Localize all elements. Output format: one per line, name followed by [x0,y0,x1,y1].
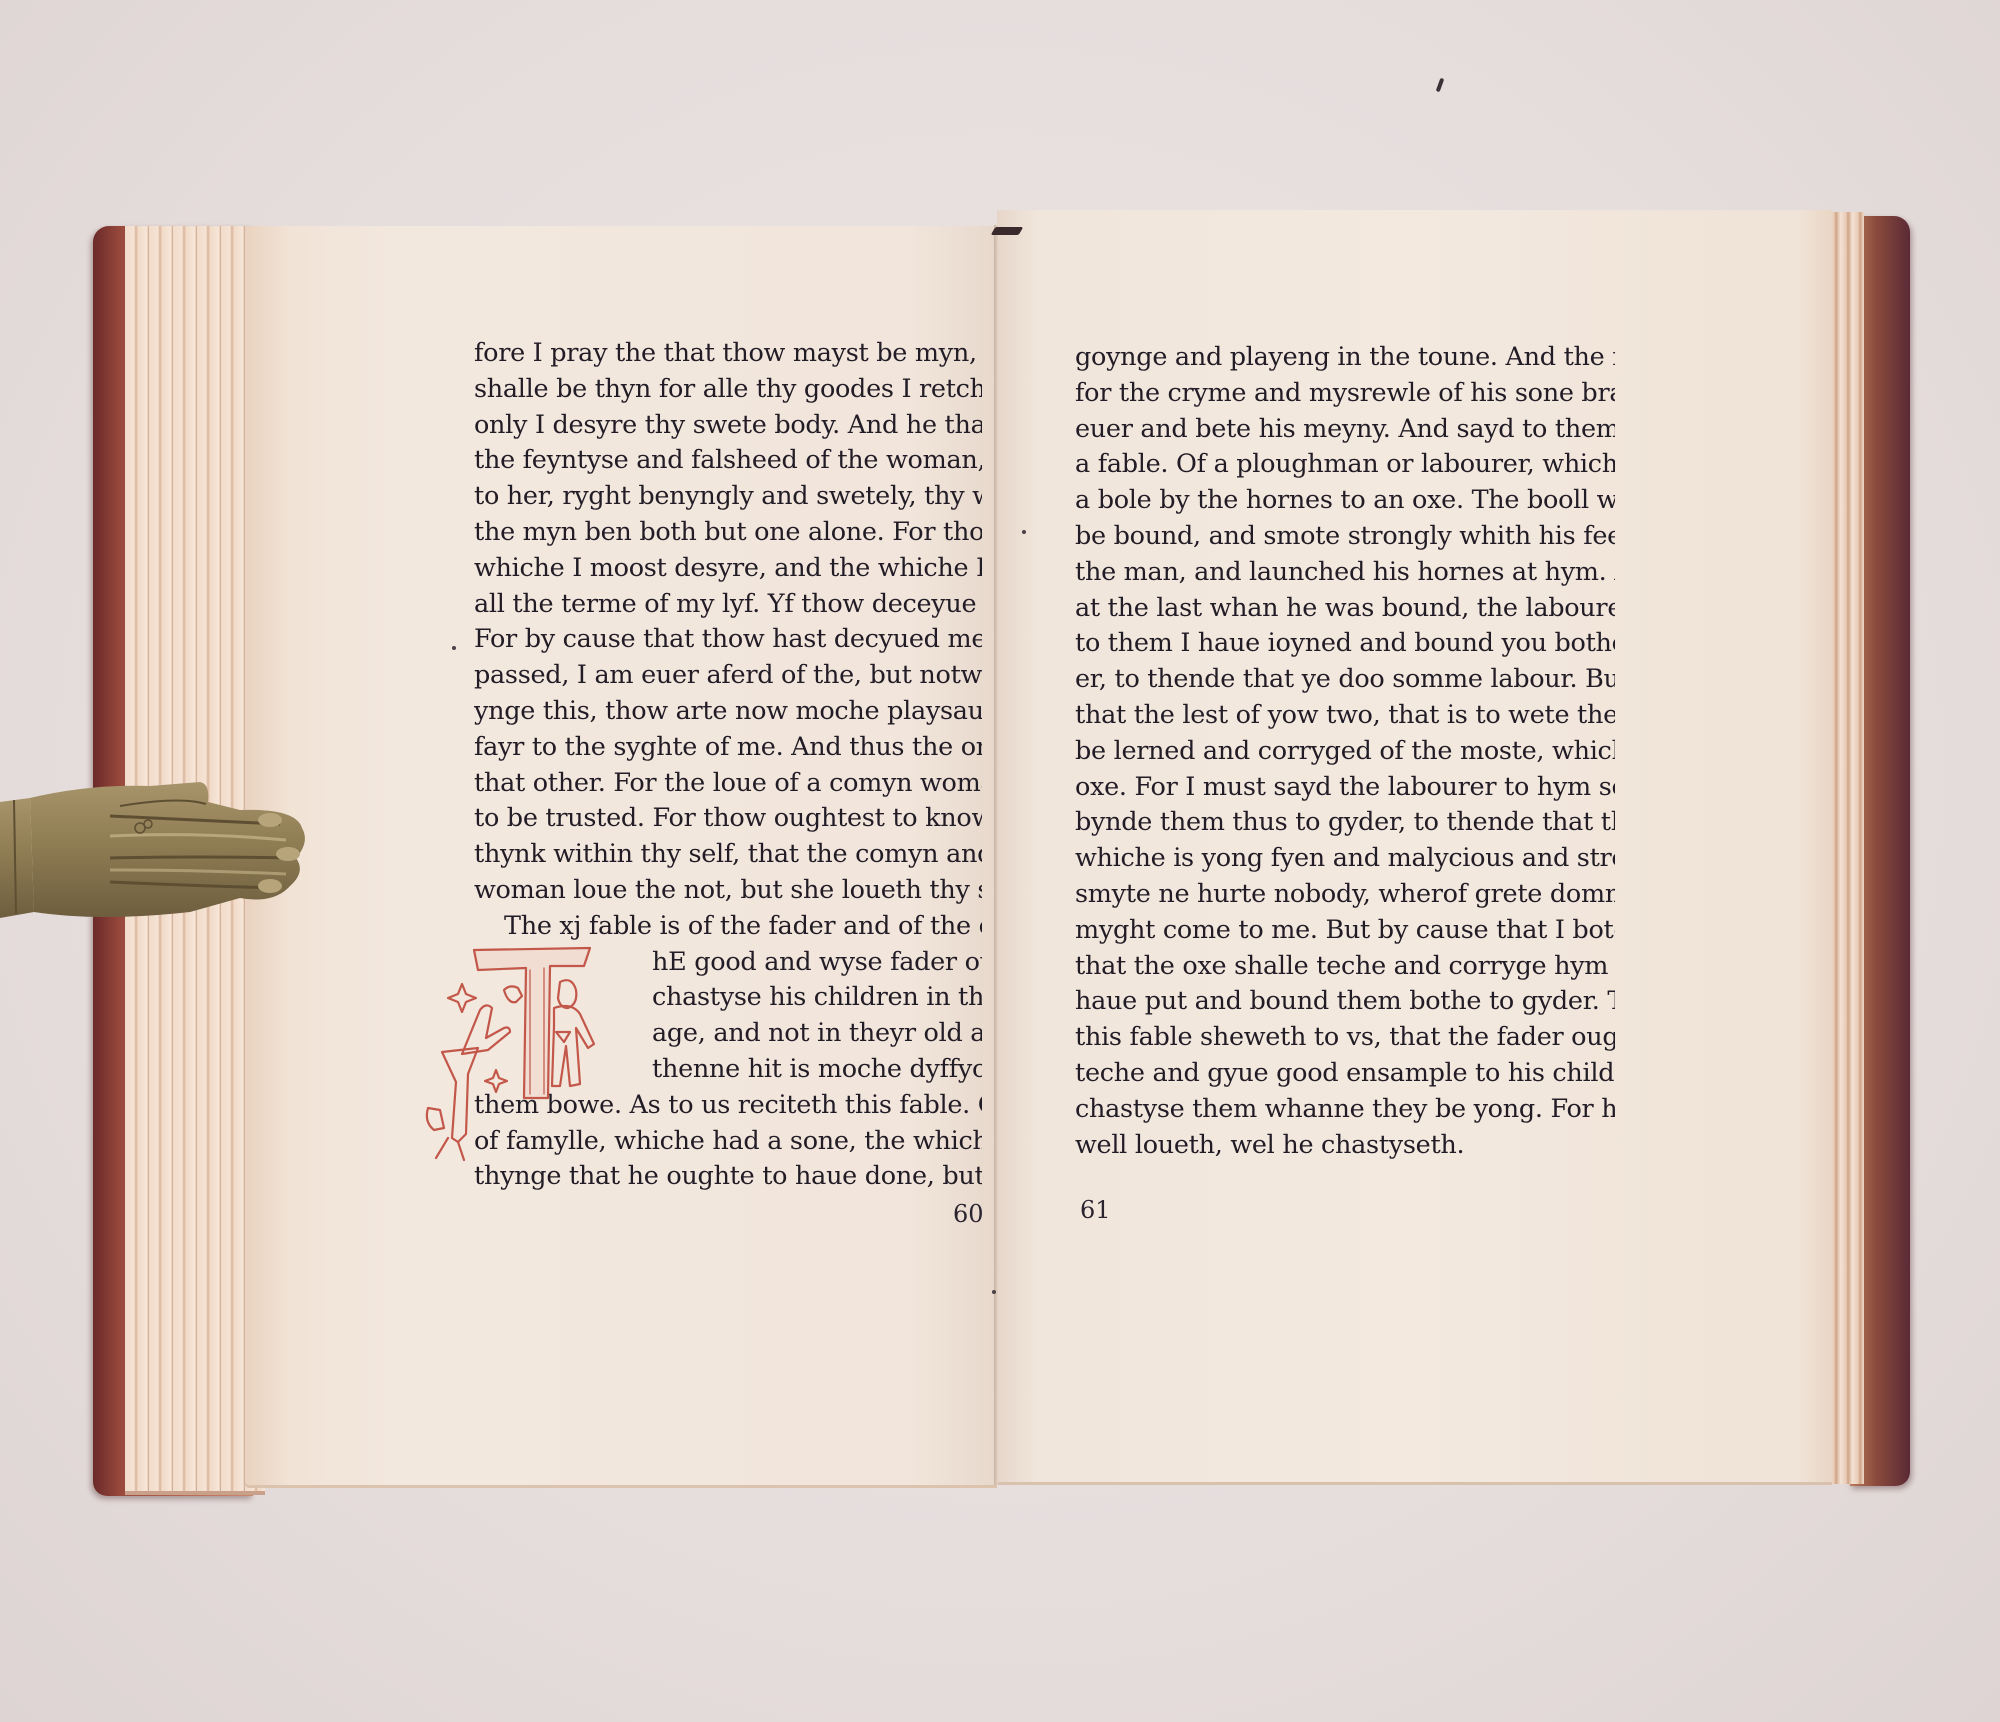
text-line: this fable sheweth to vs, that the fader… [1075,1020,1615,1056]
text-line: to be trusted. For thow oughtest to know… [474,801,982,837]
text-line: fayr to the syghte of me. And thus the o… [474,730,982,766]
text-line: to her, ryght benyngly and swetely, thy … [474,479,982,515]
text-line: be lerned and corryged of the moste, whi… [1075,734,1615,770]
gutter [994,225,998,1485]
text-line: smyte ne hurte nobody, wherof grete domm… [1075,877,1615,913]
text-line: at the last whan he was bound, the labou… [1075,591,1615,627]
speck [452,646,456,650]
text-line: the man, and launched his hornes at hym.… [1075,555,1615,591]
text-line: to them I haue ioyned and bound you both… [1075,626,1615,662]
text-line: the myn ben both but one alone. For thow… [474,515,982,551]
text-line: whiche I moost desyre, and the whiche I … [474,551,982,587]
text-line: a fable. Of a ploughman or labourer, whi… [1075,447,1615,483]
text-line: all the terme of my lyf. Yf thow deceyue… [474,587,982,623]
text-line: chastyse them whanne they be yong. For h… [1075,1092,1615,1128]
text-line: haue put and bound them bothe to gyder. … [1075,984,1615,1020]
page-number-right: 61 [1080,1196,1111,1224]
text-line: ynge this, thow arte now moche playsaunt… [474,694,982,730]
text-line: that the lest of yow two, that is to wet… [1075,698,1615,734]
text-line: whiche is yong fyen and malycious and st… [1075,841,1615,877]
fable-heading: The xj fable is of the fader and of the … [474,909,982,945]
headband-mark [991,227,1024,235]
stray-mark [1436,78,1445,93]
text-line: well loueth, wel he chastyseth. [1075,1128,1615,1164]
right-page-text: goynge and playeng in the toune. And the… [1075,340,1615,1163]
speck [992,1290,996,1294]
text-line: fore I pray the that thow mayst be myn, … [474,336,982,372]
text-line: euer and bete his meyny. And sayd to the… [1075,412,1615,448]
text-line: er, to thende that ye doo somme labour. … [1075,662,1615,698]
text-line: passed, I am euer aferd of the, but notw… [474,658,982,694]
text-line: goynge and playeng in the toune. And the… [1075,340,1615,376]
text-line: For by cause that thow hast decyued me i… [474,622,982,658]
text-line: that the oxe shalle teche and corryge hy… [1075,949,1615,985]
text-line: myght come to me. But by cause that I bo… [1075,913,1615,949]
text-line: oxe. For I must sayd the labourer to hym… [1075,770,1615,806]
right-page-block-edges [1828,212,1864,1484]
text-line: teche and gyue good ensample to his chil… [1075,1056,1615,1092]
text-line: for the cryme and mysrewle of his sone b… [1075,376,1615,412]
page-number-left: 60 [953,1200,984,1228]
text-line: that other. For the loue of a comyn woma… [474,766,982,802]
text-line: woman loue the not, but she loueth thy s… [474,873,982,909]
text-line: thynk within thy self, that the comyn an… [474,837,982,873]
illuminated-drop-cap-t-icon [418,942,600,1167]
speck [1022,530,1026,534]
text-line: bynde them thus to gyder, to thende that… [1075,805,1615,841]
text-line: shalle be thyn for alle thy goodes I ret… [474,372,982,408]
text-line: be bound, and smote strongly whith his f… [1075,519,1615,555]
text-line: a bole by the hornes to an oxe. The bool… [1075,483,1615,519]
text-line: the feyntyse and falsheed of the woman, … [474,443,982,479]
bronze-hand-weight-icon [0,762,312,942]
text-line: only I desyre thy swete body. And he tha… [474,408,982,444]
